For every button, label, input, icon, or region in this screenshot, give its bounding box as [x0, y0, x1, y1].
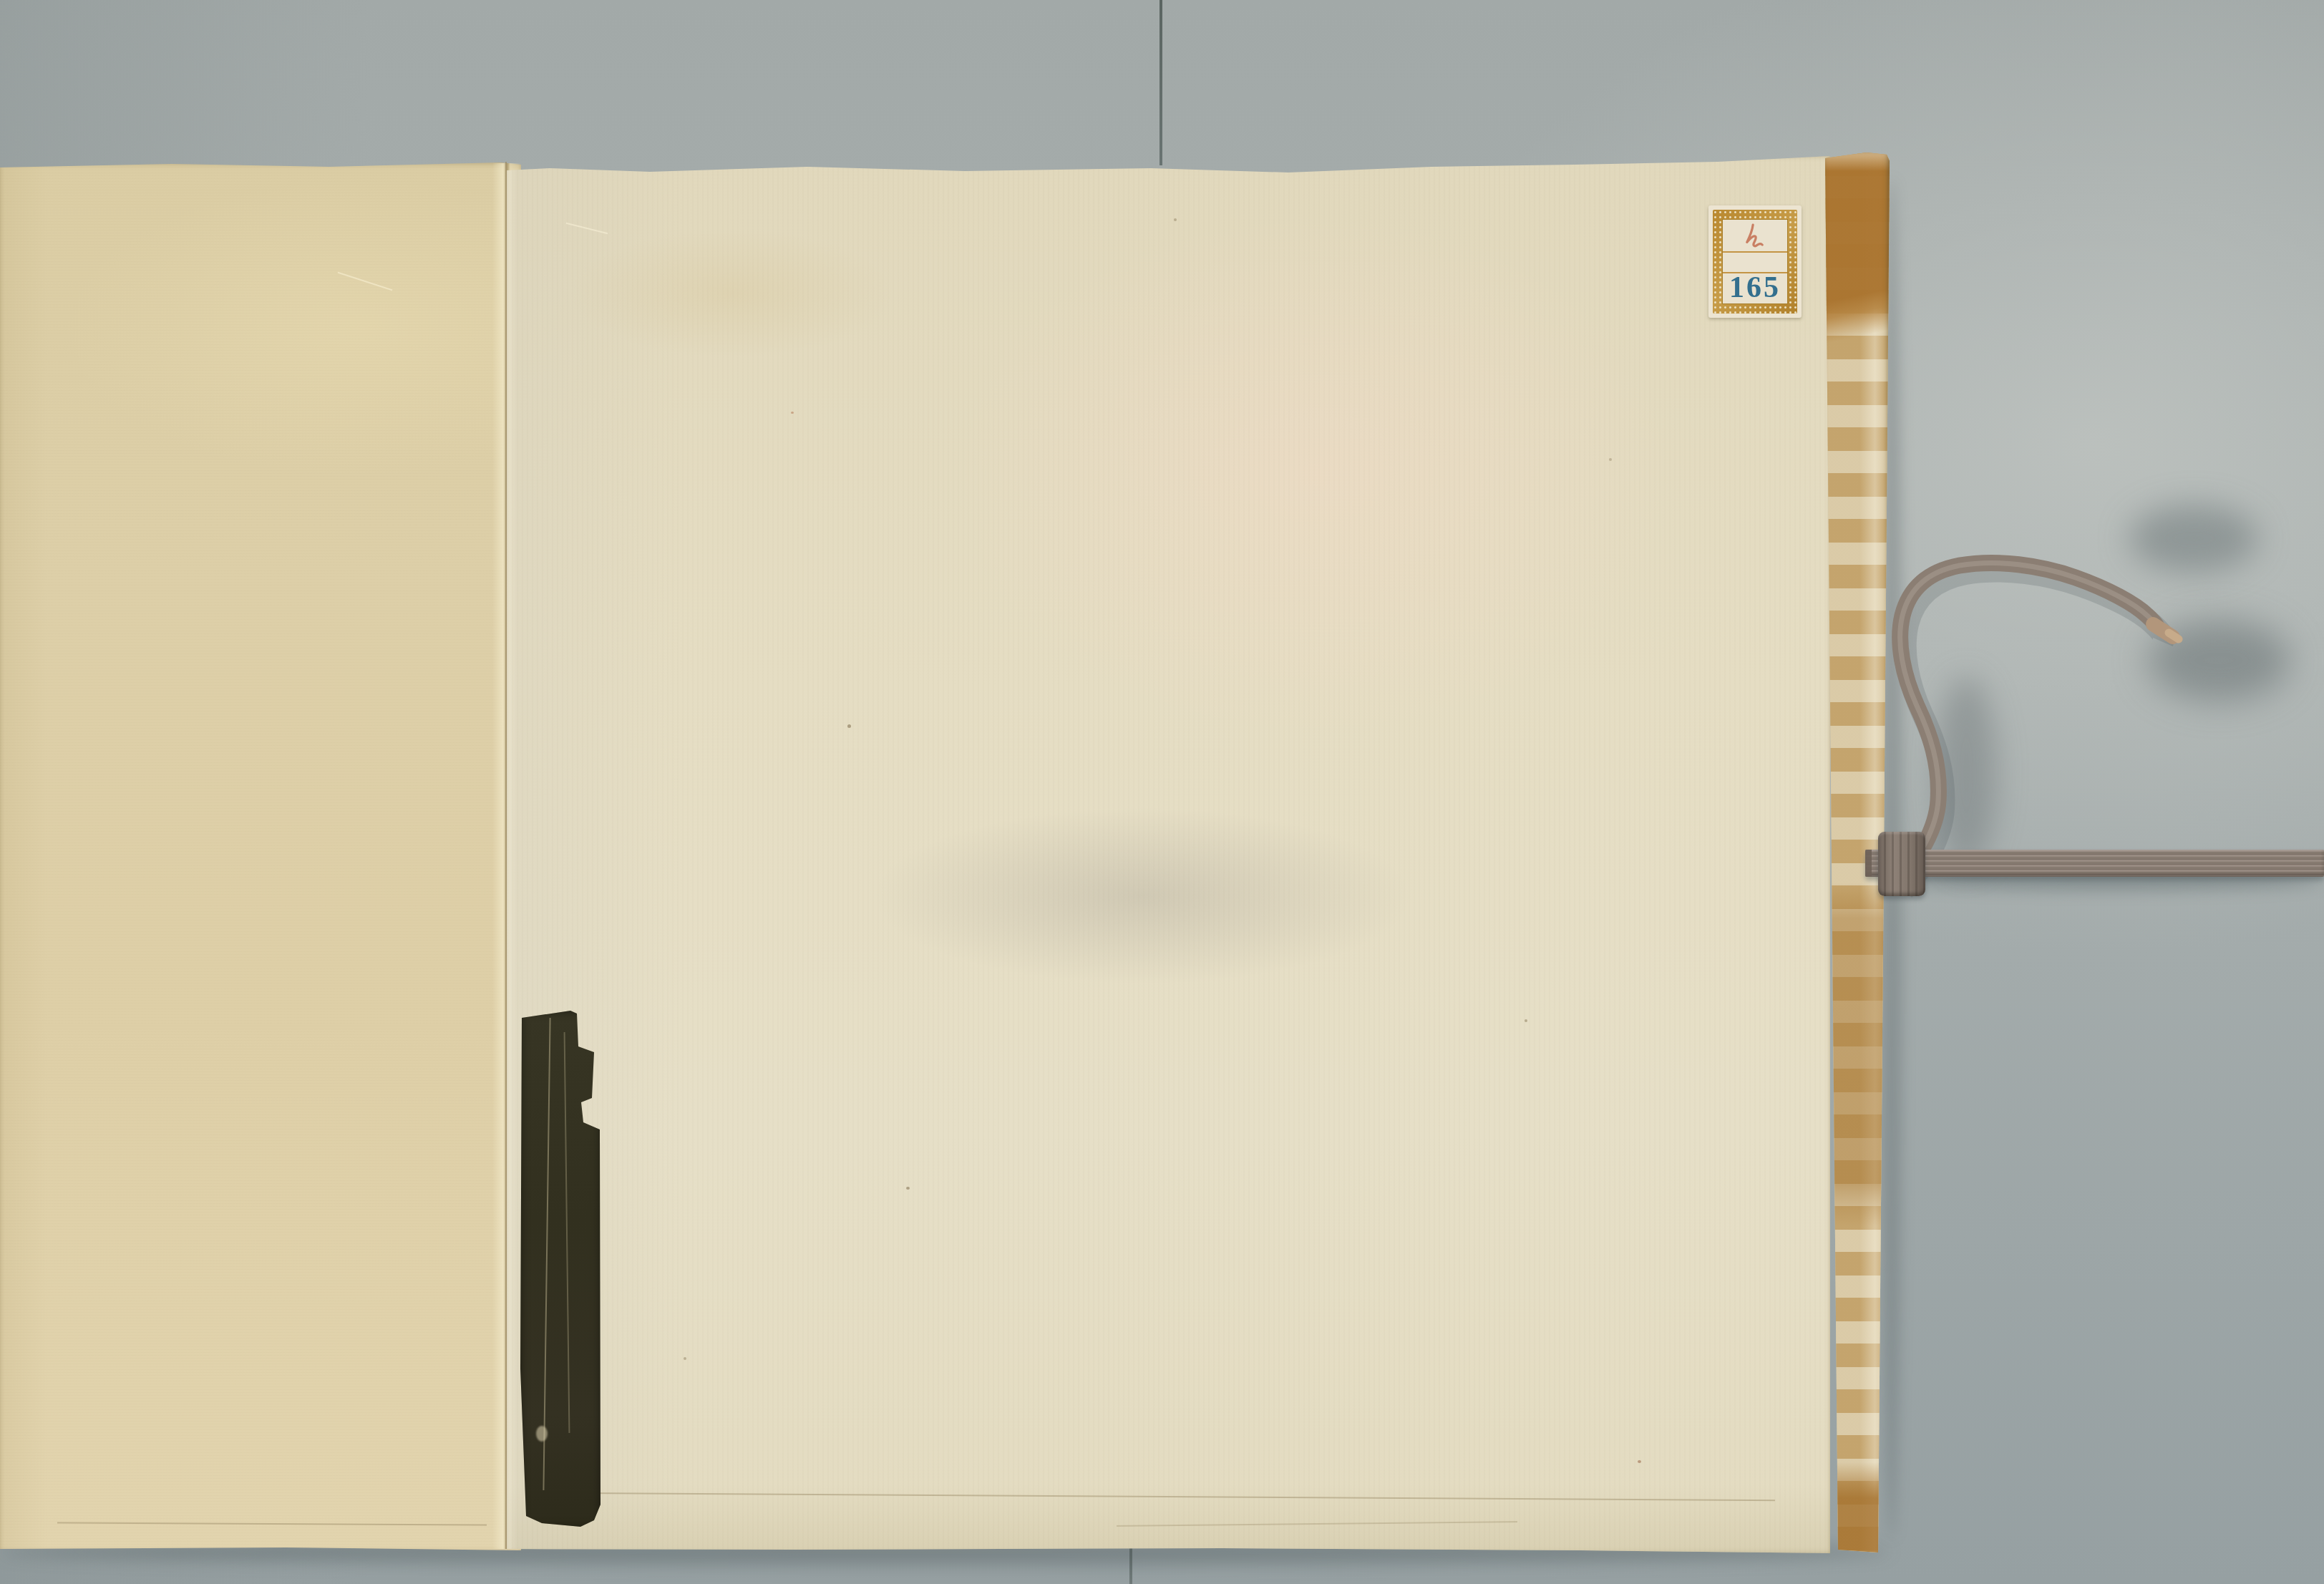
cord-knot	[1878, 832, 1925, 896]
cord-tip-end	[2169, 633, 2179, 639]
photo-stage: ん 165	[0, 0, 2324, 1584]
cord-horizontal-band	[1865, 850, 2324, 877]
cord-loop-shadow-stroke	[1904, 571, 2164, 890]
cord-loop-svg	[0, 0, 2324, 1584]
